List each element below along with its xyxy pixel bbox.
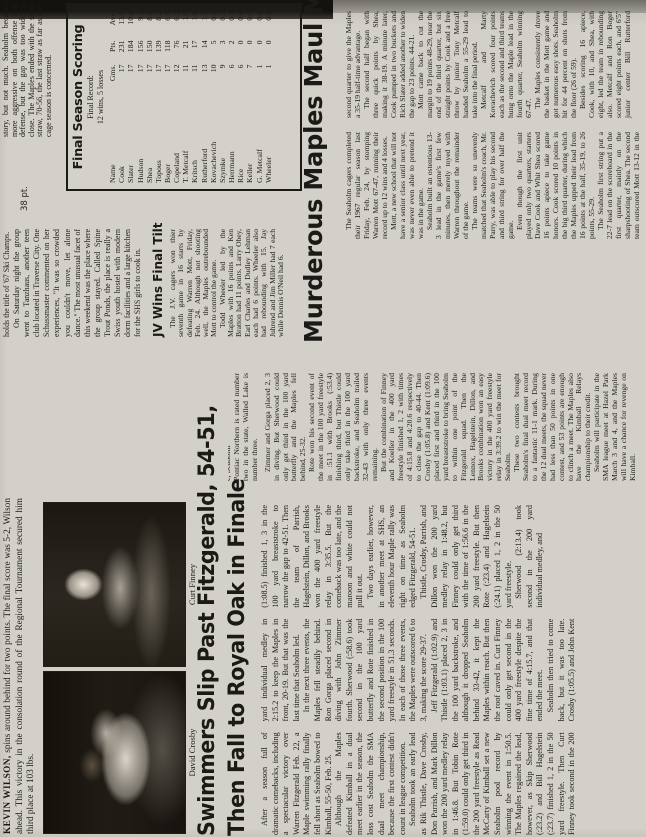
scoring-table-row: Hudson 17 156 9.2 xyxy=(136,11,145,183)
player-name: Slater xyxy=(126,99,135,183)
player-points: 150 xyxy=(145,40,154,64)
jv-article-column: The J.V. cagers won thier seventh game i… xyxy=(169,229,302,337)
scoring-table-row: Szymke 9 3 0.3 xyxy=(218,11,227,183)
mott-paragraph: The Maples consistently drove the basket… xyxy=(533,11,578,118)
player-points: 184 xyxy=(126,40,135,64)
player-points: 0 xyxy=(264,40,273,64)
scoring-table-row: Rice 6 0 0.0 xyxy=(236,11,245,183)
swim-paragraph: Sherwood (2:13.4) took second in the 200… xyxy=(514,505,546,608)
cage-story-ending: story, but not much. Seaholm became more… xyxy=(2,4,63,137)
player-games: 11 xyxy=(181,64,190,98)
scoring-column-header: Pts. xyxy=(108,40,117,64)
swim-continuation-paragraph: Zimmer and Gorga placed 2, 3 in diving. … xyxy=(264,373,309,481)
player-average: 1.1 xyxy=(200,11,209,40)
swim-paragraph: In the next three events, the Maples fel… xyxy=(302,619,429,722)
swim-headline-line1: Swimmers Slip Past Fitzgerald, 54-51, xyxy=(194,405,220,836)
player-average: 10.8 xyxy=(126,11,135,40)
player-games: 9 xyxy=(218,64,227,98)
ski-trip-first-line: holds the title of '67 Ski Champs. xyxy=(2,229,12,337)
player-average: 0.0 xyxy=(264,11,273,40)
swim-continuation-paragraph: Rote won his second event of the meet in… xyxy=(308,373,379,481)
player-average: 13.6 xyxy=(117,11,126,40)
scoring-table-row: Topous 17 139 8.2 xyxy=(154,11,163,183)
player-points: 0 xyxy=(236,40,245,64)
scoring-table-row: Keller 7 0 0.0 xyxy=(245,11,254,183)
scoring-table-row: T. Metcalf 11 21 1.9 xyxy=(181,11,190,183)
scoring-table-row: Herrmann 6 2 0.3 xyxy=(227,11,236,183)
player-points: 2 xyxy=(227,40,236,64)
scoring-table: NameGms.Pts.Ave. Cook 17 231 13.6 Slater… xyxy=(108,11,273,183)
player-points: 0 xyxy=(255,40,264,64)
season-scoring-box: Final Season Scoring Final Record: 12 wi… xyxy=(66,3,302,191)
player-points: 14 xyxy=(200,40,209,64)
player-name: G. Metcalf xyxy=(255,99,264,183)
scoring-column-header: Name xyxy=(108,99,117,183)
swim-article-columns: After a season full of dramatic comeback… xyxy=(260,505,646,835)
player-average: 0.0 xyxy=(236,11,245,40)
player-average: 0.5 xyxy=(209,11,218,40)
swim-paragraph: Two days earlier, however, in another me… xyxy=(366,505,419,608)
mott-paragraph: Metcalf and Marty Kovachevich scored fou… xyxy=(479,11,533,118)
player-points: 21 xyxy=(181,40,190,64)
player-points: 139 xyxy=(154,40,163,64)
swim-paragraph: Jeff Fitzgerald (1:02.9) and Thistle (1:… xyxy=(430,619,547,722)
mott-paragraph: Mott, a new school that will not have a … xyxy=(389,132,425,239)
swim-continuation-paragraph: But the combination of Finney and Koelle… xyxy=(380,373,514,481)
player-average: 6.3 xyxy=(172,11,181,40)
ski-trip-paragraph: On Saturday night the group went to Tanz… xyxy=(12,229,143,337)
player-games: 17 xyxy=(136,64,145,98)
player-games: 17 xyxy=(117,64,126,98)
player-average: 1.6 xyxy=(190,11,199,40)
swim-paragraph: After a season full of dramatic comeback… xyxy=(260,732,334,835)
typeset-size-note: 38 pt. xyxy=(20,186,30,211)
scoring-column-header: Ave. xyxy=(108,11,117,40)
player-points: 118 xyxy=(163,40,172,64)
player-points: 0 xyxy=(245,40,254,64)
scoring-column-header: Gms. xyxy=(108,64,117,98)
scoring-table-row: Copeland 12 76 6.3 xyxy=(172,11,181,183)
scoring-record-value: 12 wins, 5 losses xyxy=(96,11,106,183)
player-average: 0.3 xyxy=(227,11,236,40)
player-games: 17 xyxy=(163,64,172,98)
player-name: Hudson xyxy=(136,99,145,183)
jv-paragraph: The J.V. cagers won thier seventh game i… xyxy=(169,229,219,337)
player-points: 17 xyxy=(190,40,199,64)
player-points: 5 xyxy=(209,40,218,64)
player-games: 17 xyxy=(126,64,135,98)
player-name: Kovachevich xyxy=(209,99,218,183)
swim-headline-line2: Then Fall to Royal Oak in Finale xyxy=(224,479,250,836)
player-games: 17 xyxy=(154,64,163,98)
player-games: 7 xyxy=(245,64,254,98)
scoring-table-row: Slater 17 184 10.8 xyxy=(126,11,135,183)
scoring-table-row: Kritsch 11 17 1.6 xyxy=(190,11,199,183)
player-average: 8.8 xyxy=(145,11,154,40)
swim-paragraph: Thistle, Crosby, Parrish, and Dillon won… xyxy=(419,505,514,608)
player-points: 76 xyxy=(172,40,181,64)
player-average: 9.2 xyxy=(136,11,145,40)
player-name: Cook xyxy=(117,99,126,183)
scoring-table-row: Boger 17 118 6.9 xyxy=(163,11,172,183)
scoring-table-row: Kovachevich 10 5 0.5 xyxy=(209,11,218,183)
wrestling-caption: KEVIN WILSON, spins around behind for tw… xyxy=(3,498,41,834)
player-games: 12 xyxy=(172,64,181,98)
scoring-table-row: Shea 17 150 8.8 xyxy=(145,11,154,183)
player-name: Szymke xyxy=(218,99,227,183)
player-games: 6 xyxy=(227,64,236,98)
player-name: Herrmann xyxy=(227,99,236,183)
player-points: 3 xyxy=(218,40,227,64)
scoring-table-row: Rutherford 13 14 1.1 xyxy=(200,11,209,183)
player-games: 1 xyxy=(255,64,264,98)
mott-headline: Murderous Maples Maul Mott xyxy=(299,0,328,343)
jv-paragraph: Todd Wheeler led by the Maples with 16 p… xyxy=(219,229,285,337)
player-name: Wheeler xyxy=(264,99,273,183)
mott-paragraph: The Seaholm cagers completed their 1967 … xyxy=(344,132,389,239)
player-games: 10 xyxy=(209,64,218,98)
player-games: 13 xyxy=(200,64,209,98)
player-points: 156 xyxy=(136,40,145,64)
mott-paragraph: The teams were so unevenly matched that … xyxy=(470,132,515,239)
player-name: Shea xyxy=(145,99,154,183)
ski-trip-column: holds the title of '67 Ski Champs. On Sa… xyxy=(2,229,143,337)
swim-paragraph: Although the Maples defeated Kimball in … xyxy=(334,732,408,835)
player-name: Kritsch xyxy=(190,99,199,183)
player-games: 1 xyxy=(264,64,273,98)
player-average: 0.0 xyxy=(245,11,254,40)
scoring-record-label: Final Record: xyxy=(86,11,96,183)
player-average: 0.0 xyxy=(255,11,264,40)
player-games: 11 xyxy=(190,64,199,98)
player-average: 1.9 xyxy=(181,11,190,40)
newspaper-page-rotated: KEVIN WILSON, spins around behind for tw… xyxy=(0,0,646,837)
swimmer-photo-right xyxy=(44,503,185,666)
mott-paragraph: Seaholm built an ostentious 13-3 lead in… xyxy=(425,132,470,239)
swim-continuation-paragraph: These two contests brought Seaholm's fin… xyxy=(513,373,593,481)
wrestling-caption-lead: KEVIN WILSON, xyxy=(3,755,13,834)
scoring-table-row: Wheeler 1 0 0.0 xyxy=(264,11,273,183)
player-name: Rutherford xyxy=(200,99,209,183)
scoring-table-row: G. Metcalf 1 0 0.0 xyxy=(255,11,264,183)
player-name: Keller xyxy=(245,99,254,183)
swim-continuation-column: c, Seaholm Pontiac Northern is rated num… xyxy=(228,373,646,481)
swim-continuation-paragraphs: Zimmer and Gorga placed 2, 3 in diving. … xyxy=(264,373,638,481)
player-games: 17 xyxy=(145,64,154,98)
player-average: 8.2 xyxy=(154,11,163,40)
swimmer-photo-left xyxy=(44,672,185,833)
mott-paragraph: The second half began with three quick p… xyxy=(362,11,416,118)
mott-paragraph: Even though the first unit played only t… xyxy=(515,132,596,239)
scoring-table-header: NameGms.Pts.Ave. xyxy=(108,11,117,183)
player-name: Topous xyxy=(154,99,163,183)
player-name: T. Metcalf xyxy=(181,99,190,183)
swim-continuation-paragraph: Seaholm will participate in the SMA leag… xyxy=(593,373,638,481)
pontiac-ranking-note: Pontiac Northern is rated number two in … xyxy=(233,373,260,481)
scoring-box-title: Final Season Scoring xyxy=(71,11,86,183)
player-average: 0.3 xyxy=(218,11,227,40)
scoring-table-row: Cook 17 231 13.6 xyxy=(117,11,126,183)
mott-article-columns: The Seaholm cagers completed their 1967 … xyxy=(344,11,646,239)
player-average: 6.9 xyxy=(163,11,172,40)
player-name: Boger xyxy=(163,99,172,183)
scanned-newspaper-screenshot: KEVIN WILSON, spins around behind for tw… xyxy=(0,0,646,837)
mott-paragraph: Mott came back to cut the margin to 19 p… xyxy=(416,11,479,118)
player-games: 6 xyxy=(236,64,245,98)
scoring-table-body: Cook 17 231 13.6 Slater 17 184 10.8 Huds… xyxy=(117,11,273,183)
player-name: Copeland xyxy=(172,99,181,183)
jv-headline: JV Wins Final Tilt xyxy=(151,222,165,337)
player-name: Rice xyxy=(236,99,245,183)
player-points: 231 xyxy=(117,40,126,64)
